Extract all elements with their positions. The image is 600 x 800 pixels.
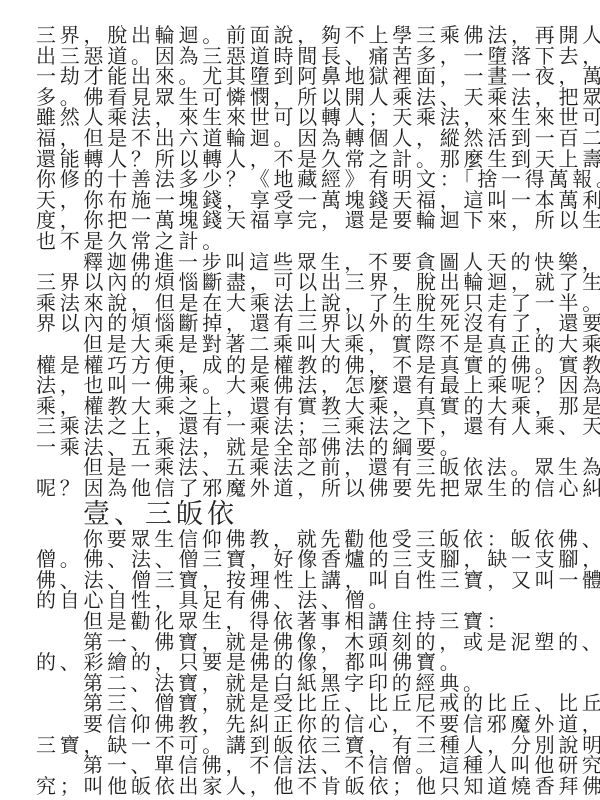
- text-line: 的、彩繪的，只要是佛的像，都叫佛寶。: [36, 652, 596, 673]
- document-page: 三界，脫出輪迴。前面說，夠不上學三乘佛法，再開人天乘法，把你度 出三惡道。因為三…: [36, 25, 596, 796]
- text-line: 三寶，缺一不可。講到皈依三寶，有三種人，分別說明如下。: [36, 735, 596, 756]
- text-line: 一劫才能出來。尤其墮到阿鼻地獄裡面，一晝一夜，萬死萬生，痛苦太: [36, 66, 596, 87]
- section-heading: 壹、三皈依: [36, 501, 596, 528]
- paragraph-start-line: 第二、法寶，就是白紙黑字印的經典。: [36, 673, 596, 694]
- paragraph-start-line: 要信仰佛教，先糾正你的信心，不要信邪魔外道，要信佛、法、僧: [36, 714, 596, 735]
- text-line: 究；叫他皈依出家人，他不肯皈依；他只知道燒香拜佛祖，不懂法寶的: [36, 776, 596, 797]
- text-line: 福，但是不出六道輪迴。因為轉個人，縱然活到一百二十歲，來生是否: [36, 128, 596, 149]
- text-line: 權是權巧方便，成的是權教的佛，不是真實的佛。實教大乘，叫一乘: [36, 355, 596, 376]
- text-line: 的自心自性，具足有佛、法、僧。: [36, 590, 596, 611]
- text-line: 乘，權教大乘之上，還有實教大乘，真實的大乘，那是最上乘。就是說: [36, 396, 596, 417]
- text-line: 雖然人乘法，來生來世可以轉人；天乘法，來生來世可以生到天上享天: [36, 107, 596, 128]
- text-line: 度，你把一萬塊錢天福享完，還是要輪迴下來，所以生到天上享天福，: [36, 210, 596, 231]
- text-line: 三界，脫出輪迴。前面說，夠不上學三乘佛法，再開人天乘法，把你度: [36, 25, 596, 46]
- text-line: 僧。佛、法、僧三寶，好像香爐的三支腳，缺一支腳，香爐就歪了。: [36, 549, 596, 570]
- paragraph-start-line: 但是一乘法、五乘法之前，還有三皈依法。眾生為什麼不相信佛法: [36, 457, 596, 478]
- text-line: 三界以內的煩惱斷盡，可以出三界，脫出輪迴，就了生脫死。這是在二: [36, 272, 596, 293]
- text-line: 三乘法之上，還有一乘法；三乘法之下，還有人乘、天乘。合起來說，: [36, 416, 596, 437]
- paragraph-start-line: 你要眾生信仰佛教，就先勸他受三皈依：皈依佛、皈依法、皈依: [36, 529, 596, 550]
- text-line: 法，也叫一佛乘。大乘佛法，怎麼還有最上乘呢？因為大乘是權教大: [36, 375, 596, 396]
- text-line: 你修的十善法多少？《地藏經》有明文：「捨一得萬報。」布施可以生: [36, 169, 596, 190]
- text-line: 一乘法、五乘法，就是全部佛法的綱要。: [36, 437, 596, 458]
- text-line: 也不是久常之計。: [36, 231, 596, 252]
- text-line: 界以內的煩惱斷掉，還有三界以外的生死沒有了，還要學大乘法。: [36, 313, 596, 334]
- text-line: 出三惡道。因為三惡道時間長、痛苦多，一墮落下去，不曉得哪一生哪: [36, 46, 596, 67]
- text-line: 佛、法、僧三寶，按理性上講，叫自性三寶，又叫一體三寶，就是我們: [36, 570, 596, 591]
- paragraph-start-line: 釋迦佛進一步叫這些眾生，不要貪圖人天的快樂，要修二乘法，把: [36, 252, 596, 273]
- text-line: 還能轉人？所以轉人，不是久常之計。那麼生到天上壽命長遠，也是看: [36, 149, 596, 170]
- paragraph-start-line: 但是勸化眾生，得依著事相講住持三寶：: [36, 611, 596, 632]
- text-line: 天，你布施一塊錢，享受一萬塊錢天福，這叫一本萬利。然而還是有限: [36, 190, 596, 211]
- text-line: 多。佛看見眾生可憐憫，所以開人乘法、天乘法，把眾生度出三惡道。: [36, 87, 596, 108]
- text-line: 呢？因為他信了邪魔外道，所以佛要先把眾生的信心糾正過來。: [36, 478, 596, 499]
- text-line: 乘法來說，但是在大乘法上說，了生脫死只走了一半。於是佛說你們三: [36, 293, 596, 314]
- paragraph-start-line: 第三、僧寶，就是受比丘、比丘尼戒的比丘、比丘尼。: [36, 693, 596, 714]
- paragraph-start-line: 第一、單信佛，不信法、不信僧。這種人叫他研究經典，他不肯研: [36, 755, 596, 776]
- section-body: 你要眾生信仰佛教，就先勸他受三皈依：皈依佛、皈依法、皈依 僧。佛、法、僧三寶，好…: [36, 529, 596, 797]
- paragraph-start-line: 第一、佛寶，就是佛像，木頭刻的，或是泥塑的、銅鑄的、鐵打: [36, 632, 596, 653]
- intro-body: 三界，脫出輪迴。前面說，夠不上學三乘佛法，再開人天乘法，把你度 出三惡道。因為三…: [36, 25, 596, 499]
- paragraph-start-line: 但是大乘是對著二乘叫大乘，實際不是真正的大乘，叫權教大乘，: [36, 334, 596, 355]
